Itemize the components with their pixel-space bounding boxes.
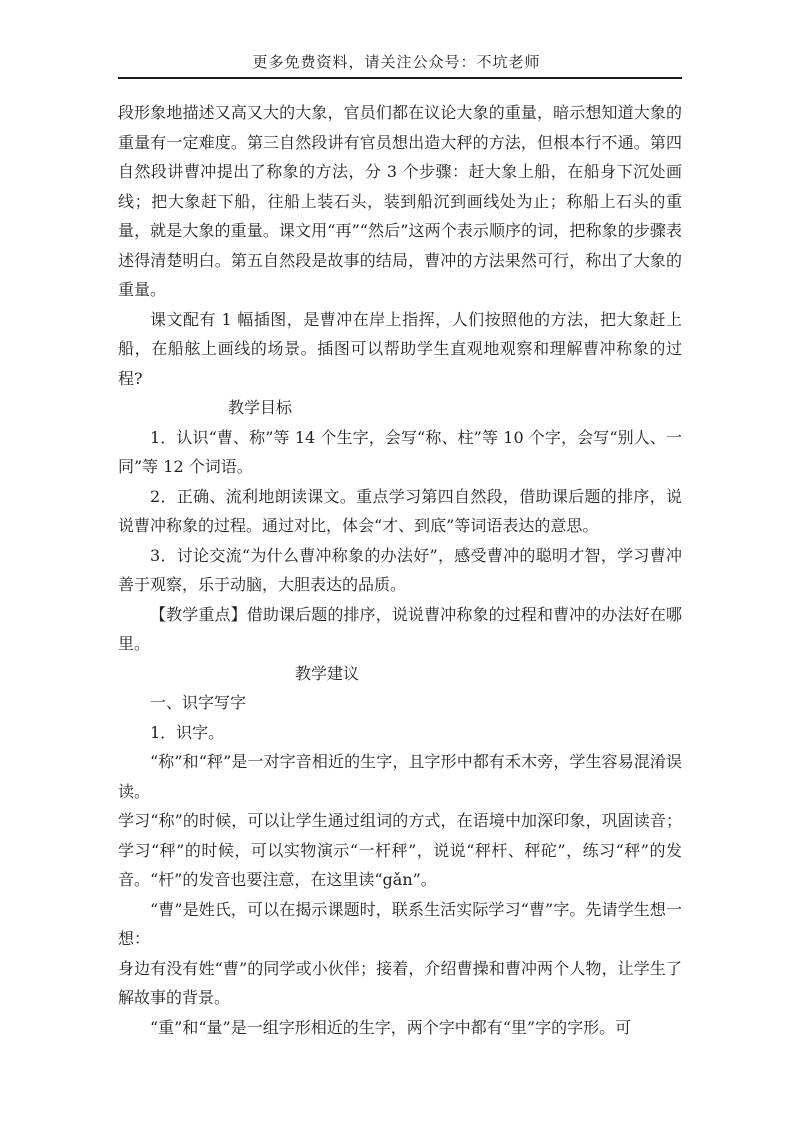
paragraph: 3．讨论交流“为什么曹冲称象的办法好”，感受曹冲的聪明才智，学习曹冲善于观察，乐…	[118, 541, 682, 600]
paragraph: 2．正确、流利地朗读课文。重点学习第四自然段，借助课后题的排序，说说曹冲称象的过…	[118, 482, 682, 541]
paragraph: 1．认识“曹、称”等 14 个生字，会写“称、柱”等 10 个字，会写“别人、一…	[118, 423, 682, 482]
paragraph: 一、识字写字	[118, 688, 682, 718]
header-notice: 更多免费资料，请关注公众号：不坑老师	[0, 0, 793, 72]
paragraph: 身边有没有姓“曹”的同学或小伙伴；接着，介绍曹操和曹冲两个人物，让学生了解故事的…	[118, 954, 682, 1013]
paragraph: “称”和“秤”是一对字音相近的生字，且字形中都有禾木旁，学生容易混淆误读。	[118, 747, 682, 806]
page-header: 更多免费资料，请关注公众号：不坑老师	[0, 0, 793, 79]
section-heading: 教学目标	[118, 393, 682, 423]
paragraph: “重”和“量”是一组字形相近的生字，两个字中都有“里”字的字形。可	[118, 1013, 682, 1043]
paragraph: 学习“称”的时候，可以让学生通过组词的方式，在语境中加深印象，巩固读音；学习“秤…	[118, 806, 682, 895]
header-divider	[118, 77, 682, 79]
paragraph: “曹”是姓氏，可以在揭示课题时，联系生活实际学习“曹”字。先请学生想一想：	[118, 895, 682, 954]
paragraph: 段形象地描述又高又大的大象，官员们都在议论大象的重量，暗示想知道大象的重量有一定…	[118, 98, 682, 305]
paragraph: 1．识字。	[118, 718, 682, 748]
paragraph: 课文配有 1 幅插图，是曹冲在岸上指挥，人们按照他的方法，把大象赶上船，在船舷上…	[118, 305, 682, 394]
document-body: 段形象地描述又高又大的大象，官员们都在议论大象的重量，暗示想知道大象的重量有一定…	[118, 98, 682, 1042]
paragraph: 【教学重点】借助课后题的排序，说说曹冲称象的过程和曹冲的办法好在哪里。	[118, 600, 682, 659]
section-heading: 教学建议	[118, 659, 682, 689]
document-page: 更多免费资料，请关注公众号：不坑老师 段形象地描述又高又大的大象，官员们都在议论…	[0, 0, 793, 1122]
